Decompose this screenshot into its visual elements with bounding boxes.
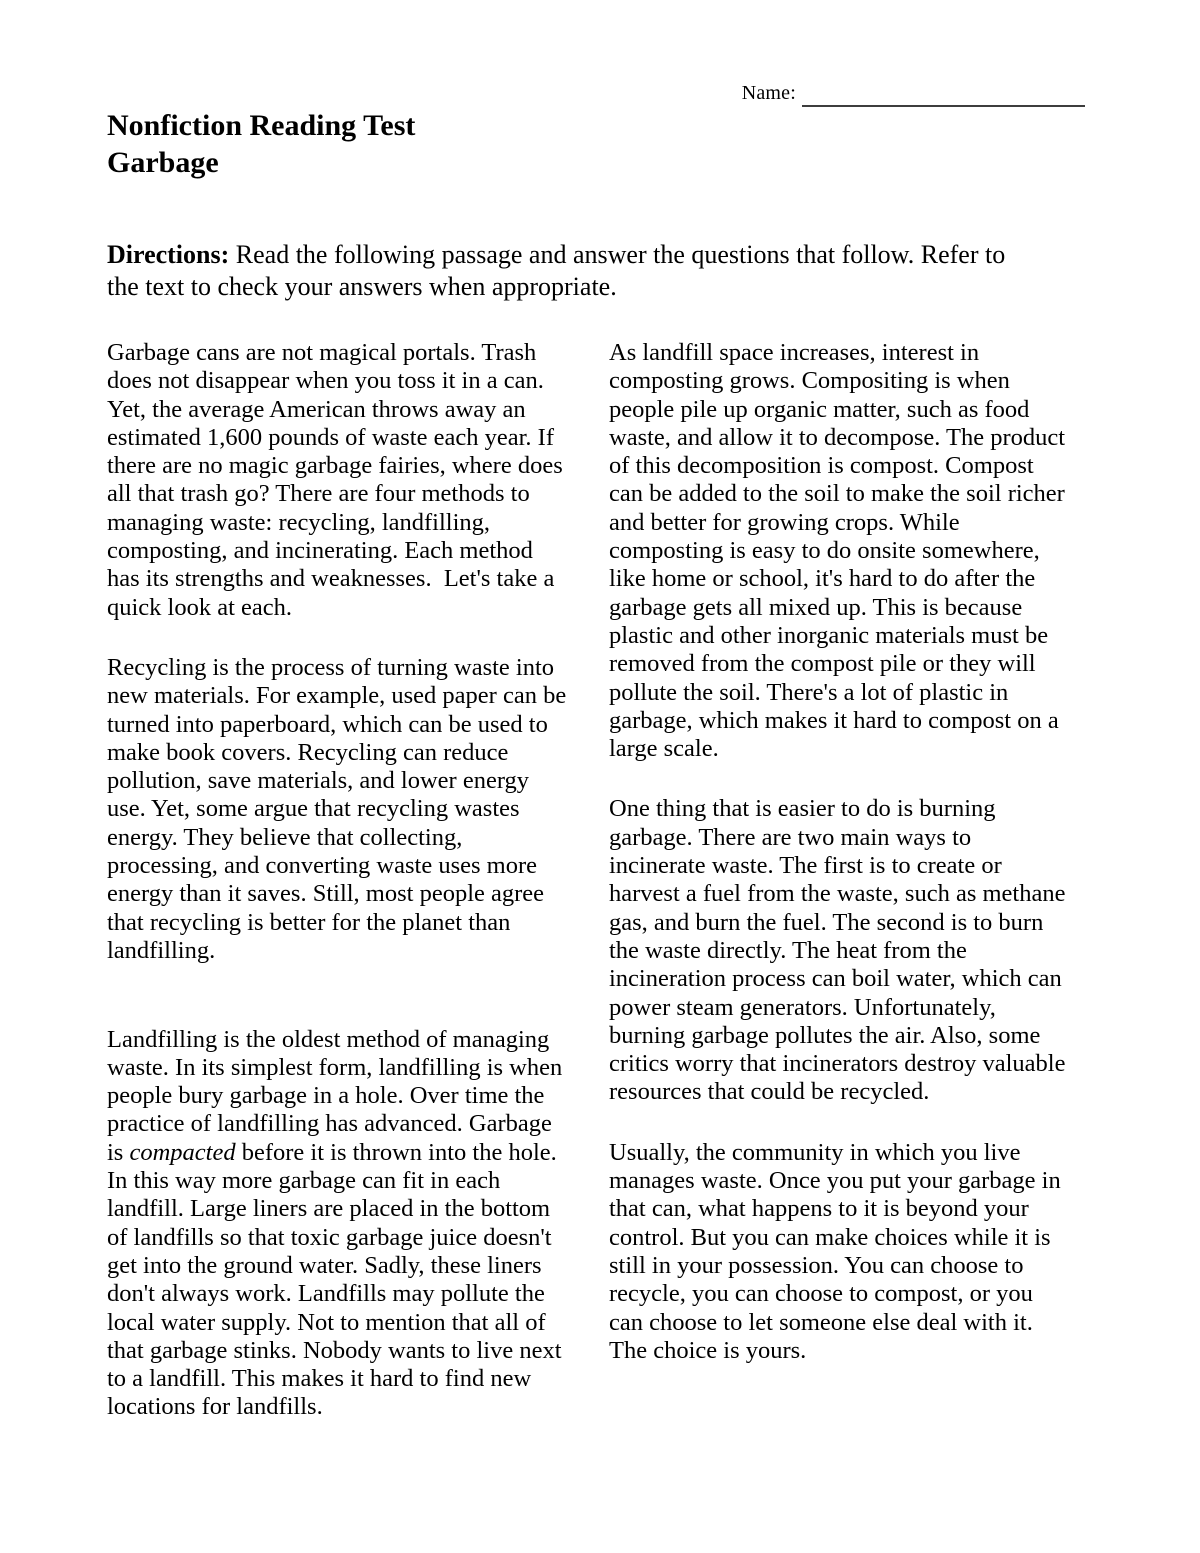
right-column: As landfill space increases, interest in… — [609, 339, 1087, 1422]
directions-label: Directions: — [107, 240, 229, 269]
passage-columns: Garbage cans are not magical portals. Tr… — [107, 339, 1087, 1422]
paragraph-intro: Garbage cans are not magical portals. Tr… — [107, 339, 585, 622]
paragraph-landfilling-italic-word: compacted — [129, 1139, 235, 1166]
name-row: Name: — [107, 80, 1087, 107]
name-label: Name: — [742, 82, 796, 104]
directions: Directions: Read the following passage a… — [107, 207, 1087, 303]
page-title: Nonfiction Reading Test Garbage — [107, 107, 1087, 181]
paragraph-landfilling: Landfilling is the oldest method of mana… — [107, 997, 585, 1421]
paragraph-recycling: Recycling is the process of turning wast… — [107, 654, 585, 965]
directions-text: Read the following passage and answer th… — [107, 240, 1005, 301]
worksheet-page: Name: Nonfiction Reading Test Garbage Di… — [0, 0, 1200, 1553]
paragraph-conclusion: Usually, the community in which you live… — [609, 1139, 1087, 1365]
title-line-2: Garbage — [107, 144, 1087, 181]
name-blank-line — [802, 105, 1085, 107]
left-column: Garbage cans are not magical portals. Tr… — [107, 339, 585, 1422]
paragraph-incinerating: One thing that is easier to do is burnin… — [609, 795, 1087, 1106]
title-line-1: Nonfiction Reading Test — [107, 107, 1087, 144]
paragraph-composting: As landfill space increases, interest in… — [609, 339, 1087, 763]
paragraph-landfilling-post: before it is thrown into the hole. In th… — [107, 1139, 562, 1421]
